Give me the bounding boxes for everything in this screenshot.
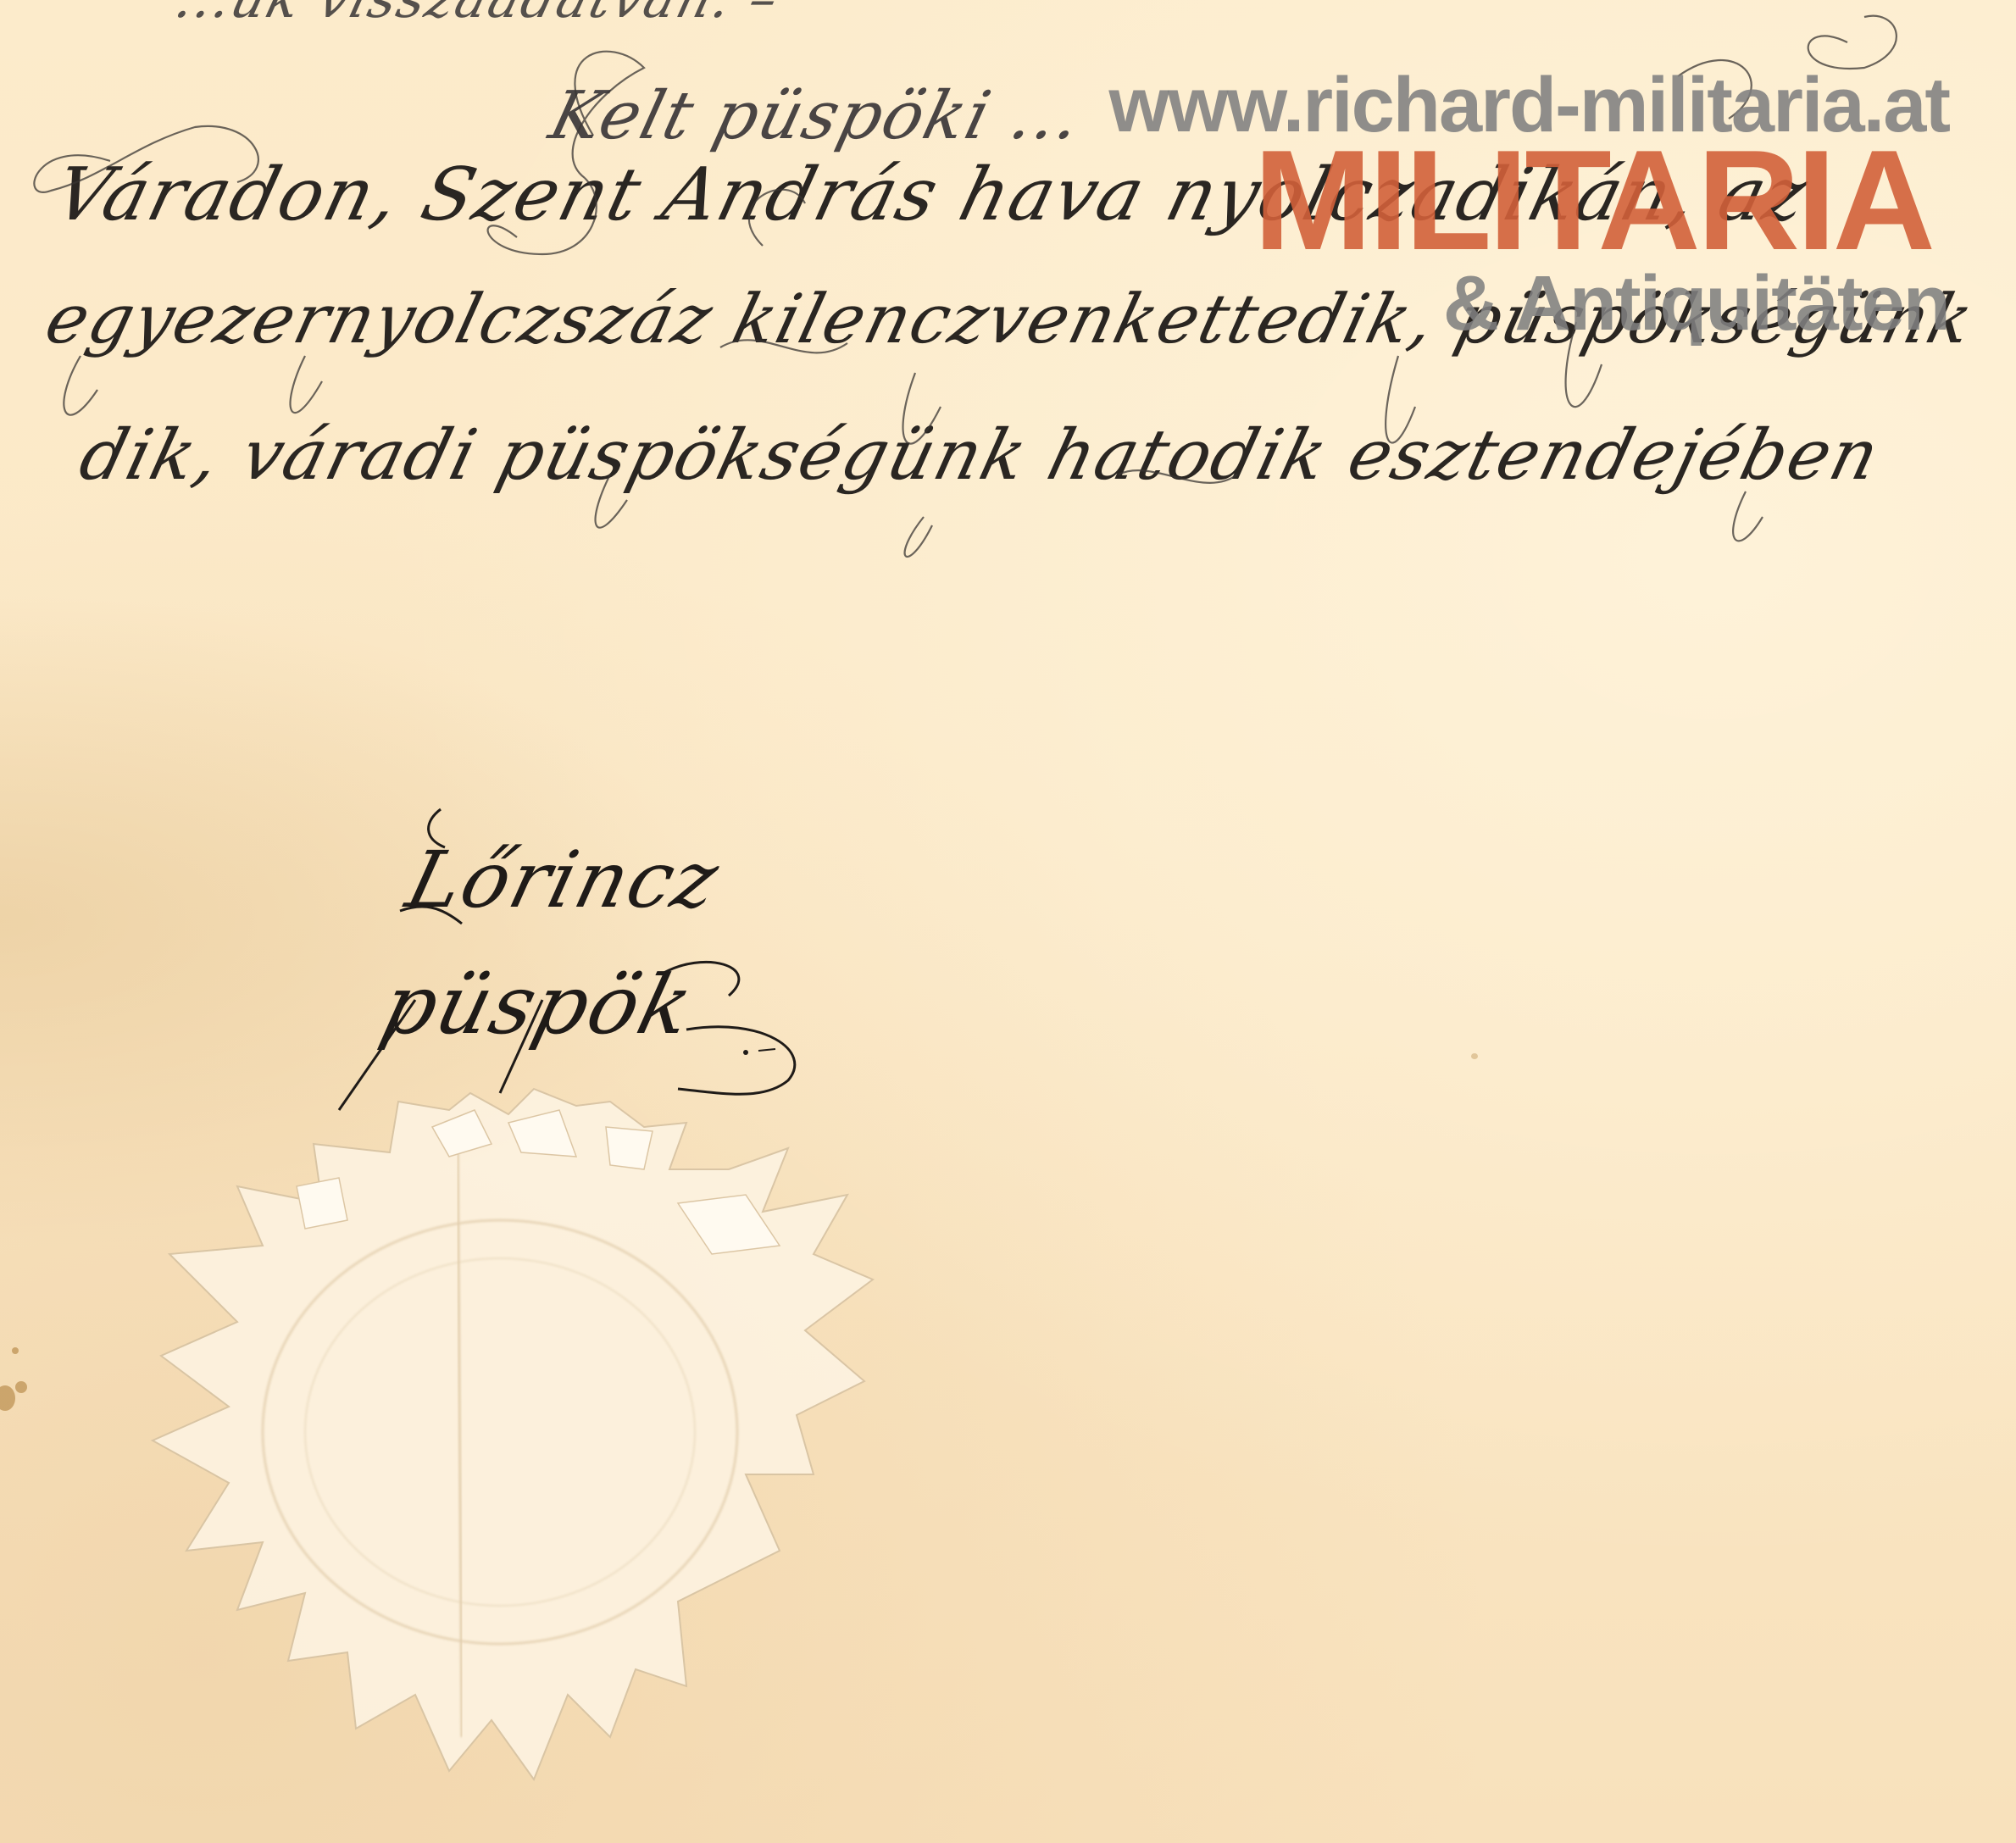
seal-icon	[136, 1076, 898, 1788]
watermark: www.richard-militaria.at MILITARIA & Ant…	[983, 66, 1949, 342]
foxing-stain	[12, 1347, 19, 1354]
document-line-1: ...uk visszaadatván. –	[169, 0, 786, 30]
document-line-5: dik, váradi püspökségünk hatodik esztend…	[72, 415, 1888, 496]
signature-title: püspök	[373, 958, 703, 1052]
foxing-stain	[1471, 1053, 1478, 1059]
foxing-stain	[15, 1381, 27, 1393]
watermark-subtitle: & Antiquitäten	[983, 264, 1949, 342]
signature-name: Lőrincz	[398, 835, 729, 925]
watermark-brand: MILITARIA	[983, 129, 1932, 271]
